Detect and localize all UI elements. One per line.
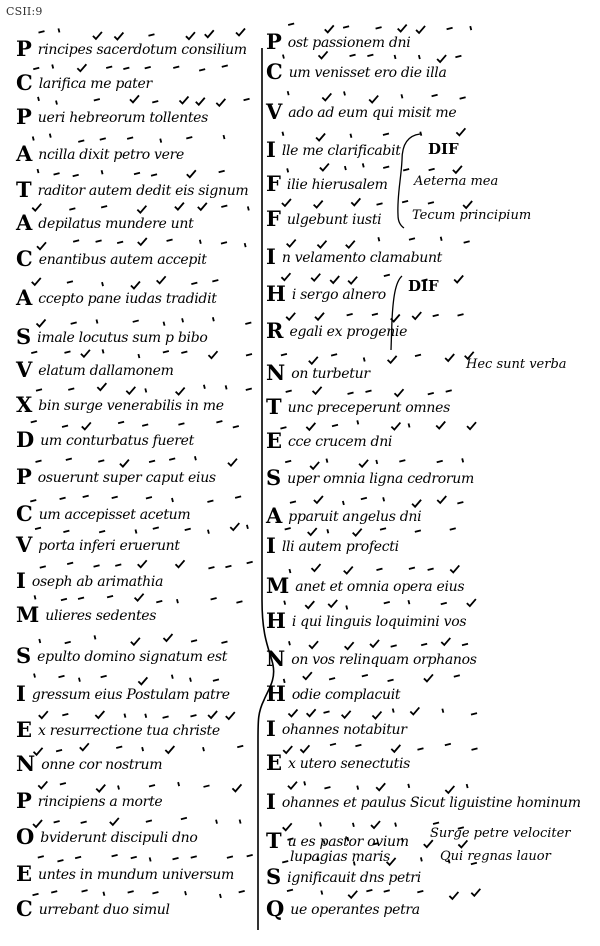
- initial-letter: R: [266, 318, 283, 343]
- neume-marks: [266, 50, 486, 60]
- incipit-text: lle me clarificabit: [282, 143, 401, 159]
- chant-incipit: Que operantes petra: [266, 900, 420, 919]
- chant-incipit: Fulgebunt iusti: [266, 210, 381, 229]
- incipit-text: i qui linguis loquimini vos: [292, 614, 466, 630]
- incipit-text: enantibus autem accepit: [39, 252, 207, 268]
- initial-letter: F: [266, 206, 281, 231]
- neume-marks: [16, 593, 256, 603]
- chant-incipit: Tunc preceperunt omnes: [266, 398, 450, 417]
- initial-letter: V: [16, 357, 32, 382]
- neume-marks: [266, 128, 486, 138]
- neume-marks: [266, 780, 486, 790]
- initial-letter: S: [16, 643, 31, 668]
- incipit-text: unc preceperunt omnes: [288, 400, 450, 416]
- chant-incipit: Igressum eius Postulam patre: [16, 685, 230, 704]
- neume-marks: [16, 315, 256, 325]
- incipit-text: ulieres sedentes: [45, 608, 156, 624]
- initial-letter: A: [16, 285, 32, 310]
- chant-incipit: Cum venisset ero die illa: [266, 63, 447, 82]
- neume-marks: [16, 237, 256, 247]
- chant-incipit: Significauit dns petri: [266, 868, 421, 887]
- chant-incipit: Non vos relinquam orphanos: [266, 650, 477, 669]
- neume-marks: [266, 197, 486, 207]
- incipit-text: ncilla dixit petro vere: [38, 147, 184, 163]
- chant-incipit: Illi autem profecti: [266, 537, 399, 556]
- initial-letter: V: [16, 532, 32, 557]
- initial-letter: N: [266, 646, 285, 671]
- chant-incipit: Ioseph ab arimathia: [16, 572, 163, 591]
- incipit-text: urrebant duo simul: [39, 902, 170, 918]
- incipit-text: untes in mundum universum: [38, 867, 234, 883]
- incipit-text: um conturbatus fueret: [40, 433, 194, 449]
- neume-marks: [266, 494, 486, 504]
- initial-letter: N: [16, 751, 35, 776]
- chant-incipit: Currebant duo simul: [16, 900, 170, 919]
- initial-letter: H: [266, 281, 286, 306]
- initial-letter: E: [16, 861, 32, 886]
- incipit-text: raditor autem dedit eis signum: [38, 183, 249, 199]
- neume-marks: [266, 707, 486, 717]
- incipit-text: onne cor nostrum: [41, 757, 162, 773]
- incipit-text: n velamento clamabunt: [282, 250, 442, 266]
- chant-incipit: Filie hierusalem: [266, 175, 388, 194]
- initial-letter: E: [16, 717, 32, 742]
- incipit-text: rincipes sacerdotum consilium: [38, 42, 247, 58]
- initial-letter: I: [266, 789, 276, 814]
- chant-incipit: Iohannes et paulus Sicut liguistine homi…: [266, 793, 581, 812]
- incipit-text: um venisset ero die illa: [289, 65, 447, 81]
- incipit-text: ulgebunt iusti: [287, 212, 381, 228]
- incipit-text: gressum eius Postulam patre: [32, 687, 230, 703]
- chant-incipit: Non turbetur: [266, 364, 370, 383]
- incipit-text: ohannes notabitur: [282, 722, 407, 738]
- chant-incipit: Traditor autem dedit eis signum: [16, 181, 248, 200]
- chant-incipit: Principes sacerdotum consilium: [16, 40, 247, 59]
- initial-letter: Q: [266, 896, 284, 921]
- neume-marks: [16, 27, 256, 37]
- chant-incipit: Pueri hebreorum tollentes: [16, 108, 208, 127]
- initial-letter: P: [16, 464, 32, 489]
- initial-letter: O: [16, 824, 34, 849]
- margin-annotation: Aeterna mea: [414, 174, 498, 189]
- chant-incipit: Hi qui linguis loquimini vos: [266, 612, 466, 631]
- neume-marks: [266, 162, 486, 172]
- neume-marks: [266, 564, 486, 574]
- chant-incipit: Ecce crucem dni: [266, 432, 392, 451]
- chant-incipit: Ex utero senectutis: [266, 754, 410, 773]
- neume-marks: [16, 276, 256, 286]
- initial-letter: P: [16, 104, 32, 129]
- neume-marks: [16, 779, 256, 789]
- incipit-text: odie complacuit: [292, 687, 400, 703]
- neume-marks: [266, 741, 486, 751]
- incipit-text: bviderunt discipuli dno: [40, 830, 197, 846]
- chant-incipit: Hi sergo alnero: [266, 285, 386, 304]
- incipit-text: cce crucem dni: [288, 434, 392, 450]
- incipit-text: osuerunt super caput eius: [38, 470, 216, 486]
- incipit-text: ost passionem dni: [288, 35, 411, 51]
- neume-marks: [16, 708, 256, 718]
- initial-letter: I: [266, 716, 276, 741]
- incipit-text: rincipiens a morte: [38, 794, 163, 810]
- incipit-text: depilatus mundere unt: [38, 216, 193, 232]
- neume-marks: [266, 90, 486, 100]
- incipit-text: porta inferi eruerunt: [38, 538, 179, 554]
- incipit-text: ccepto pane iudas tradidit: [38, 291, 216, 307]
- neume-marks: [266, 456, 486, 466]
- neume-marks: [266, 855, 486, 865]
- neume-marks: [16, 887, 256, 897]
- neume-marks: [266, 599, 486, 609]
- neume-marks: [266, 637, 486, 647]
- incipit-text: bin surge venerabilis in me: [38, 398, 223, 414]
- initial-letter: H: [266, 608, 286, 633]
- incipit-text: x resurrectione tua christe: [38, 723, 220, 739]
- chant-incipit: Adepilatus mundere unt: [16, 214, 193, 233]
- neume-marks: [266, 235, 486, 245]
- incipit-text: on turbetur: [291, 366, 370, 382]
- neume-marks: [266, 887, 486, 897]
- chant-incipit: Regali ex progenie: [266, 322, 407, 341]
- neume-marks: [266, 819, 486, 829]
- initial-letter: I: [266, 533, 276, 558]
- neume-marks: [16, 168, 256, 178]
- neume-marks: [266, 272, 486, 282]
- neume-marks: [16, 559, 256, 569]
- initial-letter: I: [16, 568, 26, 593]
- incipit-text: egali ex progenie: [289, 324, 407, 340]
- chant-incipit: Xbin surge venerabilis in me: [16, 396, 224, 415]
- neume-marks: [16, 201, 256, 211]
- chant-incipit: Cenantibus autem accepit: [16, 250, 207, 269]
- initial-letter: E: [266, 750, 282, 775]
- chant-incipit: Accepto pane iudas tradidit: [16, 289, 217, 308]
- initial-letter: S: [266, 465, 281, 490]
- initial-letter: A: [16, 141, 32, 166]
- incipit-text: anet et omnia opera eius: [295, 579, 464, 595]
- incipit-text: imale locutus sum p bibo: [37, 330, 207, 346]
- chant-incipit: Ancilla dixit petro vere: [16, 145, 184, 164]
- incipit-text: ue operantes petra: [290, 902, 420, 918]
- chant-incipit: Ille me clarificabit: [266, 141, 401, 160]
- incipit-text: x utero senectutis: [288, 756, 410, 772]
- neume-marks: [16, 348, 256, 358]
- initial-letter: H: [266, 681, 286, 706]
- incipit-text: elatum dallamonem: [38, 363, 173, 379]
- initial-letter: C: [16, 70, 33, 95]
- chant-incipit: Hodie complacuit: [266, 685, 400, 704]
- chant-incipit: Sepulto domino signatum est: [16, 647, 227, 666]
- incipit-text: oseph ab arimathia: [32, 574, 163, 590]
- chant-incipit: Principiens a morte: [16, 792, 162, 811]
- incipit-text: ohannes et paulus Sicut liguistine homin…: [282, 795, 581, 811]
- initial-letter: I: [16, 681, 26, 706]
- initial-letter: M: [16, 602, 39, 627]
- chant-incipit: Obviderunt discipuli dno: [16, 828, 198, 847]
- chant-incipit: Ex resurrectione tua christe: [16, 721, 220, 740]
- initial-letter: C: [266, 59, 283, 84]
- initial-letter: S: [16, 324, 31, 349]
- chant-incipit: Dum conturbatus fueret: [16, 431, 194, 450]
- incipit-text: um accepisset acetum: [39, 507, 191, 523]
- neume-marks: [266, 835, 486, 845]
- initial-letter: F: [266, 171, 281, 196]
- chant-incipit: Velatum dallamonem: [16, 361, 174, 380]
- incipit-text: epulto domino signatum est: [37, 649, 227, 665]
- neume-marks: [266, 351, 486, 361]
- initial-letter: A: [16, 210, 32, 235]
- incipit-text: ado ad eum qui misit me: [288, 105, 456, 121]
- incipit-text: ilie hierusalem: [287, 177, 388, 193]
- initial-letter: V: [266, 99, 282, 124]
- neume-marks: [16, 523, 256, 533]
- chant-incipit: Clarifica me pater: [16, 74, 152, 93]
- neume-marks: [266, 419, 486, 429]
- initial-letter: X: [16, 392, 32, 417]
- initial-letter: P: [16, 788, 32, 813]
- neume-marks: [16, 672, 256, 682]
- neume-marks: [266, 524, 486, 534]
- margin-annotation: DIF: [428, 140, 459, 158]
- chant-incipit: Nonne cor nostrum: [16, 755, 162, 774]
- initial-letter: N: [266, 360, 285, 385]
- initial-letter: M: [266, 573, 289, 598]
- incipit-text: i sergo alnero: [292, 287, 386, 303]
- neume-marks: [16, 418, 256, 428]
- neume-marks: [16, 742, 256, 752]
- incipit-text: lli autem profecti: [282, 539, 399, 555]
- neume-marks: [16, 815, 256, 825]
- chant-incipit: Super omnia ligna cedrorum: [266, 469, 474, 488]
- neume-marks: [266, 385, 486, 395]
- neume-marks: [16, 95, 256, 105]
- initial-letter: C: [16, 246, 33, 271]
- chant-incipit: Vporta inferi eruerunt: [16, 536, 180, 555]
- neume-marks: [16, 61, 256, 71]
- neume-marks: [16, 383, 256, 393]
- initial-letter: C: [16, 896, 33, 921]
- margin-annotation: Tecum principium: [412, 208, 531, 223]
- initial-letter: E: [266, 428, 282, 453]
- neume-marks: [16, 455, 256, 465]
- initial-letter: P: [16, 36, 32, 61]
- initial-letter: T: [16, 177, 32, 202]
- neume-marks: [16, 132, 256, 142]
- neume-marks: [266, 672, 486, 682]
- incipit-text: larifica me pater: [39, 76, 152, 92]
- incipit-text: ueri hebreorum tollentes: [38, 110, 208, 126]
- chant-incipit: Mulieres sedentes: [16, 606, 156, 625]
- chant-incipit: Vado ad eum qui misit me: [266, 103, 456, 122]
- initial-letter: T: [266, 394, 282, 419]
- chant-incipit: Posuerunt super caput eius: [16, 468, 216, 487]
- chant-incipit: Simale locutus sum p bibo: [16, 328, 208, 347]
- incipit-text: uper omnia ligna cedrorum: [287, 471, 474, 487]
- initial-letter: D: [16, 427, 34, 452]
- chant-incipit: In velamento clamabunt: [266, 248, 442, 267]
- neume-marks: [266, 309, 486, 319]
- initial-letter: S: [266, 864, 281, 889]
- chant-incipit: Cum accepisset acetum: [16, 505, 190, 524]
- chant-incipit: Euntes in mundum universum: [16, 865, 234, 884]
- neume-marks: [16, 634, 256, 644]
- incipit-text: on vos relinquam orphanos: [291, 652, 476, 668]
- neume-marks: [16, 492, 256, 502]
- neume-marks: [266, 20, 486, 30]
- initial-letter: I: [266, 244, 276, 269]
- incipit-text: ignificauit dns petri: [287, 870, 421, 886]
- chant-incipit: Manet et omnia opera eius: [266, 577, 464, 596]
- neume-marks: [16, 852, 256, 862]
- initial-letter: I: [266, 137, 276, 162]
- chant-incipit: Iohannes notabitur: [266, 720, 407, 739]
- incipit-text: pparuit angelus dni: [288, 509, 421, 525]
